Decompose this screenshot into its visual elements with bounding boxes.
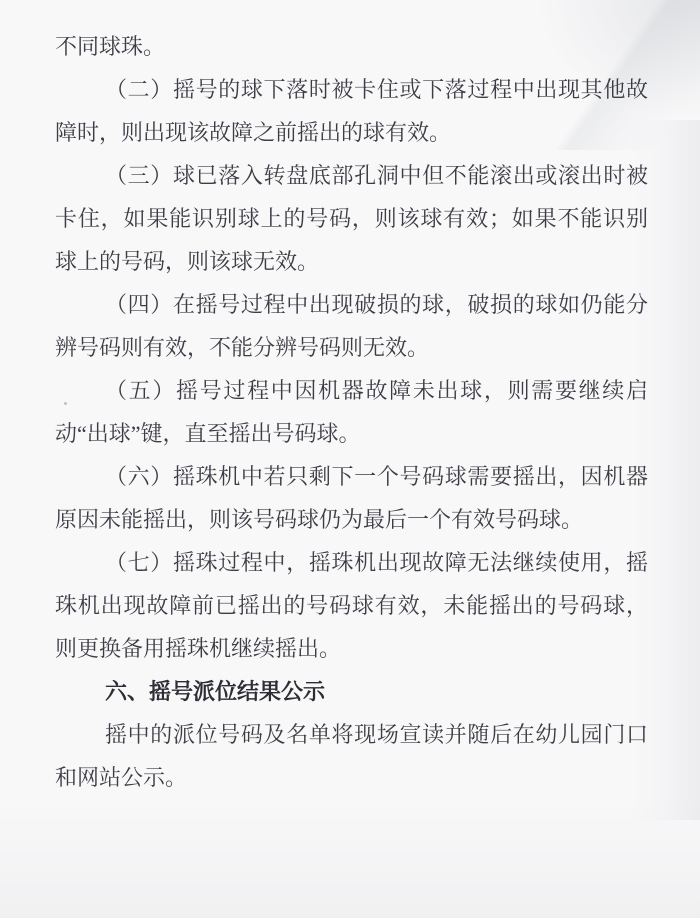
paragraph-clause-7: （七）摇珠过程中，摇珠机出现故障无法继续使用，摇珠机出现故障前已摇出的号码球有效… (55, 541, 648, 670)
paragraph-results-publicity: 摇中的派位号码及名单将现场宣读并随后在幼儿园门口和网站公示。 (55, 713, 648, 799)
section-heading-results-publicity: 六、摇号派位结果公示 (55, 670, 648, 713)
paragraph-clause-6: （六）摇珠机中若只剩下一个号码球需要摇出，因机器原因未能摇出，则该号码球仍为最后… (55, 455, 648, 541)
paragraph-clause-3: （三）球已落入转盘底部孔洞中但不能滚出或滚出时被卡住，如果能识别球上的号码，则该… (55, 154, 648, 283)
paragraph-clause-5: （五）摇号过程中因机器故障未出球，则需要继续启动“出球”键，直至摇出号码球。 (55, 369, 648, 455)
paragraph-clause-4: （四）在摇号过程中出现破损的球，破损的球如仍能分辨号码则有效，不能分辨号码则无效… (55, 283, 648, 369)
paragraph-continuation: 不同球珠。 (55, 25, 648, 68)
document-body: 不同球珠。 （二）摇号的球下落时被卡住或下落过程中出现其他故障时，则出现该故障之… (55, 25, 648, 799)
paragraph-clause-2: （二）摇号的球下落时被卡住或下落过程中出现其他故障时，则出现该故障之前摇出的球有… (55, 68, 648, 154)
